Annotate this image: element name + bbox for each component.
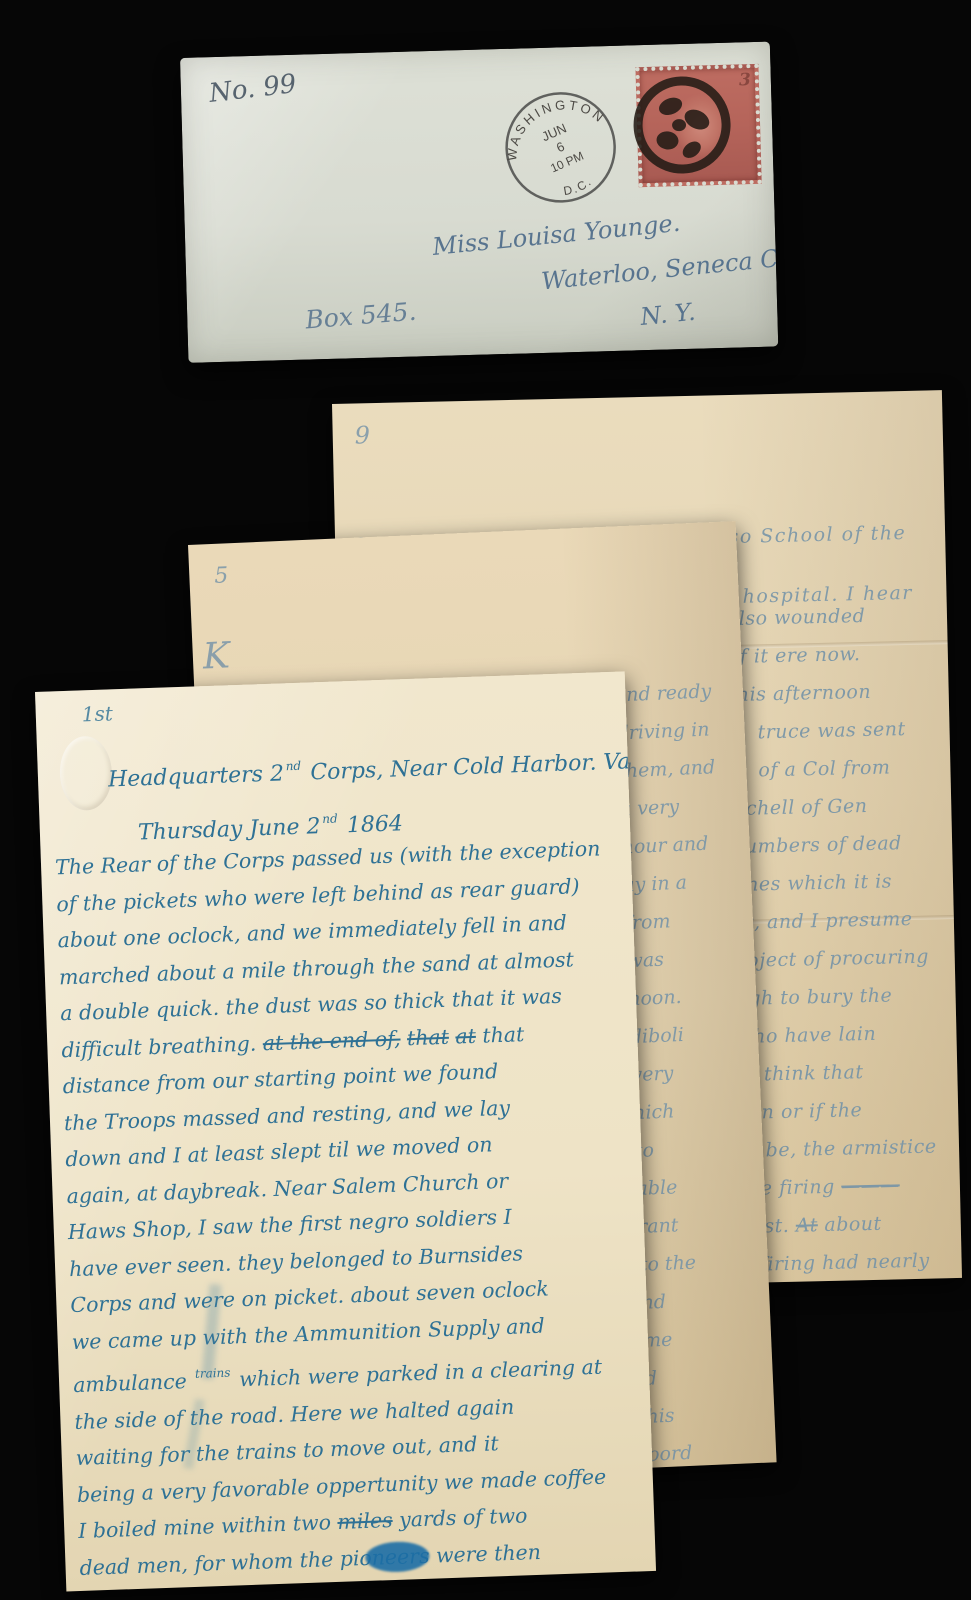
handwritten-line: ay in a [622,862,721,904]
letter-page-1: 1st Headquarters 2nd Corps, Near Cold Ha… [35,671,656,1591]
handwritten-line: numbers of dead [732,824,930,866]
handwritten-line: his [646,1394,745,1436]
handwritten-line: them, and [617,748,716,790]
envelope: No. 99 WASHINGTON JUN 6 10 PM D.C. 3 [180,42,778,363]
handwritten-line: een or if the [738,1089,936,1131]
handwritten-line: also wounded [727,596,925,638]
handwritten-line: noon. [627,976,726,1018]
handwritten-line: driving in [616,710,715,752]
handwritten-line: who have lain [736,1014,934,1056]
letter-body: The Rear of the Corps passed us (with th… [55,830,626,1586]
handwritten-line: diboli [629,1014,728,1056]
handwritten-line: the firing ——— [739,1165,937,1207]
handwritten-line: nd [641,1280,740,1322]
page-number-5: 5 [214,563,229,589]
svg-text:10 PM: 10 PM [548,149,585,176]
handwritten-line: lines which it is [733,862,931,904]
handwritten-line: very [631,1052,730,1094]
handwritten-line: hich [632,1090,731,1132]
page-number-9: 9 [354,421,370,449]
handwritten-line: from [624,900,723,942]
envelope-number: No. 99 [207,69,297,109]
handwritten-line: and ready [614,672,713,714]
svg-text:WASHINGTON: WASHINGTON [489,79,612,166]
handwritten-line: truce was sent [757,710,927,752]
recipient-address: Miss Louisa Younge.Waterloo, Seneca Co.N… [430,192,778,360]
handwritten-line: me [642,1318,741,1360]
handwritten-line: to think that [737,1051,935,1093]
page-number-1: 1st [81,701,113,726]
handwritten-line: was [626,938,725,980]
box-number: Box 545. [304,297,417,335]
handwritten-line: to [634,1128,733,1170]
handwritten-line: east. At about [740,1203,938,1245]
handwritten-line: e firing had nearly [741,1241,939,1283]
photo-of-civil-war-letter: { "theme": { "background": "#060606", "e… [0,0,971,1600]
handwritten-line: itchell of Gen [731,786,929,828]
handwritten-line: hour and [621,824,720,866]
handwritten-line: of it ere now. [727,634,925,676]
handwritten-line: object of procuring [734,938,932,980]
handwritten-line: this afternoon [728,672,926,714]
handwritten-line: ugh to bury the [735,976,933,1018]
postage-stamp: 3 [635,64,761,187]
handwritten-line: d [644,1356,743,1398]
handwritten-line: able [636,1166,735,1208]
handwritten-line: oord [647,1432,746,1474]
svg-text:D.C.: D.C. [559,172,596,201]
embossed-paper-seal [59,735,114,811]
handwritten-line: rant [637,1204,736,1246]
handwritten-line: of a Col from [758,748,928,790]
partial-word-fragment: K [202,635,231,677]
handwritten-line: to be, the armistice [739,1127,937,1169]
handwritten-line: ot, and I presume [733,900,931,942]
svg-text:6: 6 [554,139,567,156]
handwritten-line: a very [619,786,718,828]
handwritten-line: to the [639,1242,738,1284]
cancel-mark [617,60,746,189]
